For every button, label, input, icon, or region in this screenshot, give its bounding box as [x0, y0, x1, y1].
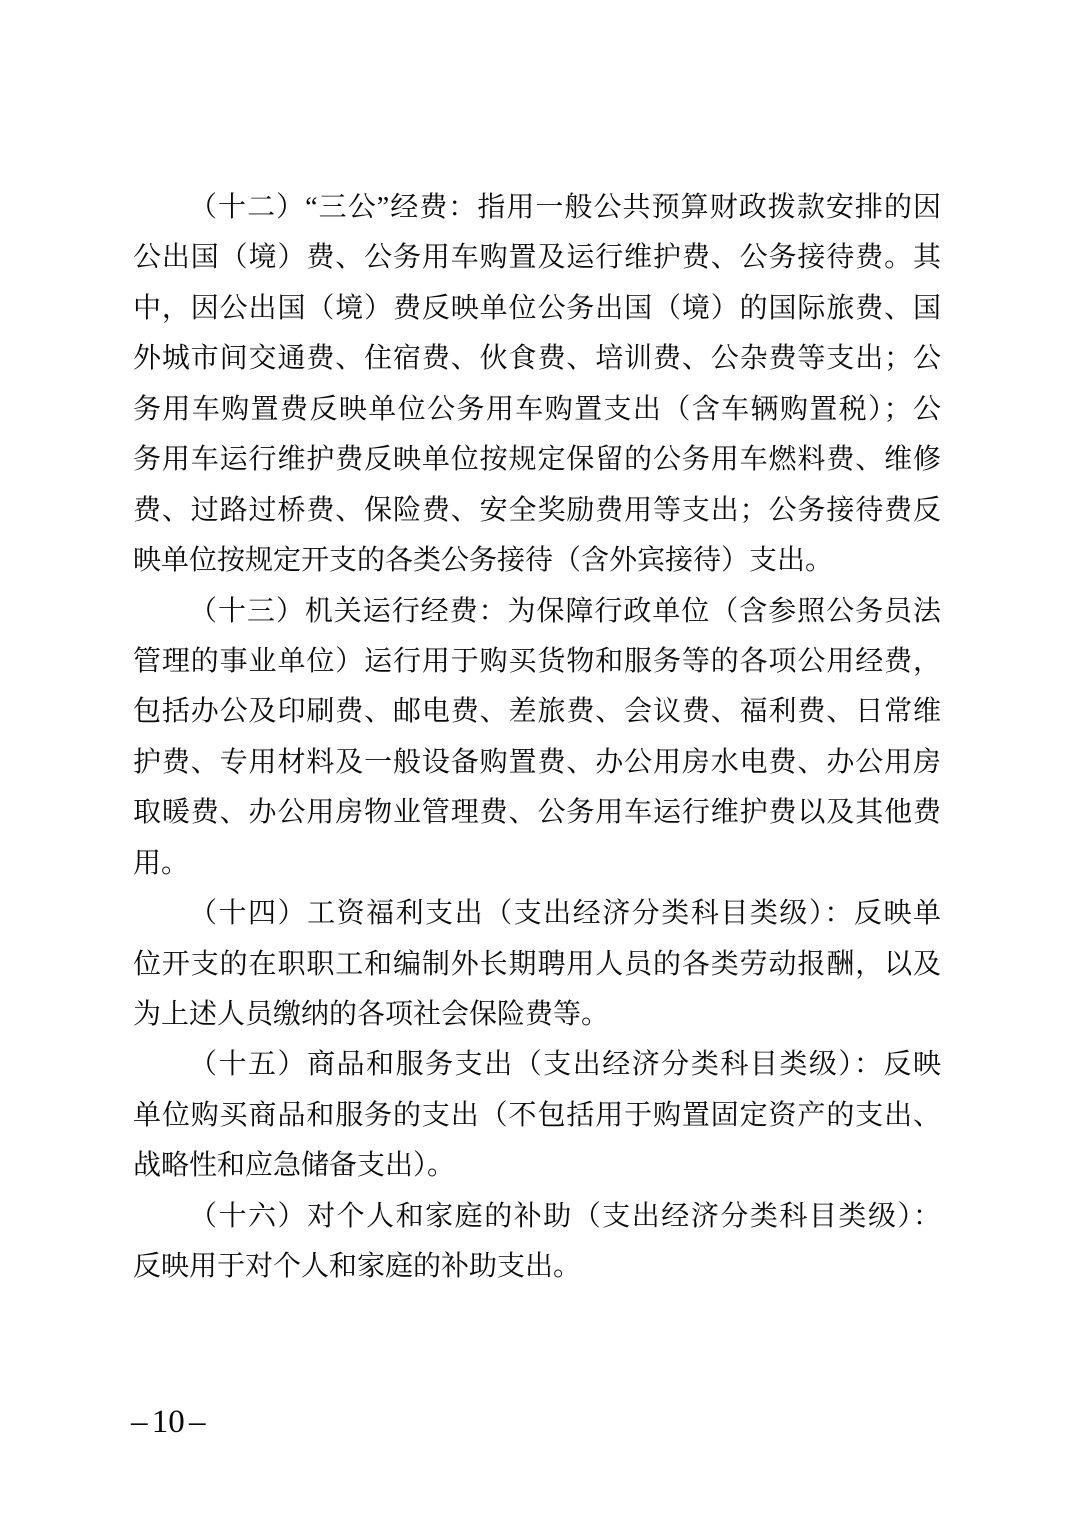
- document-page: （十二）“三公”经费：指用一般公共预算财政拨款安排的因公出国（境）费、公务用车购…: [0, 0, 1075, 1520]
- text-line: （十四）工资福利支出（支出经济分类科目类级）：反映单: [133, 889, 941, 939]
- text-line: 映单位按规定开支的各类公务接待（含外宾接待）支出。: [133, 536, 941, 586]
- text-line: 管理的事业单位）运行用于购买货物和服务等的各项公用经费，: [133, 637, 941, 687]
- text-line: 单位购买商品和服务的支出（不包括用于购置固定资产的支出、: [133, 1091, 941, 1141]
- paragraph-item-12-three-public-expenses: （十二）“三公”经费：指用一般公共预算财政拨款安排的因公出国（境）费、公务用车购…: [133, 183, 941, 587]
- text-line: 务用车运行维护费反映单位按规定保留的公务用车燃料费、维修: [133, 435, 941, 485]
- text-block: （十二）“三公”经费：指用一般公共预算财政拨款安排的因公出国（境）费、公务用车购…: [133, 183, 941, 1293]
- text-line: 位开支的在职职工和编制外长期聘用人员的各类劳动报酬，以及: [133, 940, 941, 990]
- text-line: 公出国（境）费、公务用车购置及运行维护费、公务接待费。其: [133, 233, 941, 283]
- text-line: （十五）商品和服务支出（支出经济分类科目类级）：反映: [133, 1040, 941, 1090]
- text-line: 取暖费、办公用房物业管理费、公务用车运行维护费以及其他费: [133, 788, 941, 838]
- paragraph-item-14-wage-welfare-expenditure: （十四）工资福利支出（支出经济分类科目类级）：反映单位开支的在职职工和编制外长期…: [133, 889, 941, 1040]
- paragraph-item-13-agency-operating-funds: （十三）机关运行经费：为保障行政单位（含参照公务员法管理的事业单位）运行用于购买…: [133, 587, 941, 890]
- text-line: （十三）机关运行经费：为保障行政单位（含参照公务员法: [133, 587, 941, 637]
- text-line: 反映用于对个人和家庭的补助支出。: [133, 1242, 941, 1292]
- page-number: – 10 –: [131, 1406, 206, 1439]
- text-line: 中，因公出国（境）费反映单位公务出国（境）的国际旅费、国: [133, 284, 941, 334]
- text-line: 务用车购置费反映单位公务用车购置支出（含车辆购置税）；公: [133, 385, 941, 435]
- text-line: 护费、专用材料及一般设备购置费、办公用房水电费、办公用房: [133, 738, 941, 788]
- text-line: 用。: [133, 839, 941, 889]
- text-line: （十二）“三公”经费：指用一般公共预算财政拨款安排的因: [133, 183, 941, 233]
- paragraph-item-15-goods-services-expenditure: （十五）商品和服务支出（支出经济分类科目类级）：反映单位购买商品和服务的支出（不…: [133, 1040, 941, 1191]
- text-line: 费、过路过桥费、保险费、安全奖励费用等支出；公务接待费反: [133, 486, 941, 536]
- text-line: 为上述人员缴纳的各项社会保险费等。: [133, 990, 941, 1040]
- text-line: 战略性和应急储备支出）。: [133, 1141, 941, 1191]
- text-line: 包括办公及印刷费、邮电费、差旅费、会议费、福利费、日常维: [133, 687, 941, 737]
- paragraph-item-16-subsidies-individuals-families: （十六）对个人和家庭的补助（支出经济分类科目类级）：反映用于对个人和家庭的补助支…: [133, 1192, 941, 1293]
- text-line: （十六）对个人和家庭的补助（支出经济分类科目类级）：: [133, 1192, 941, 1242]
- text-line: 外城市间交通费、住宿费、伙食费、培训费、公杂费等支出；公: [133, 334, 941, 384]
